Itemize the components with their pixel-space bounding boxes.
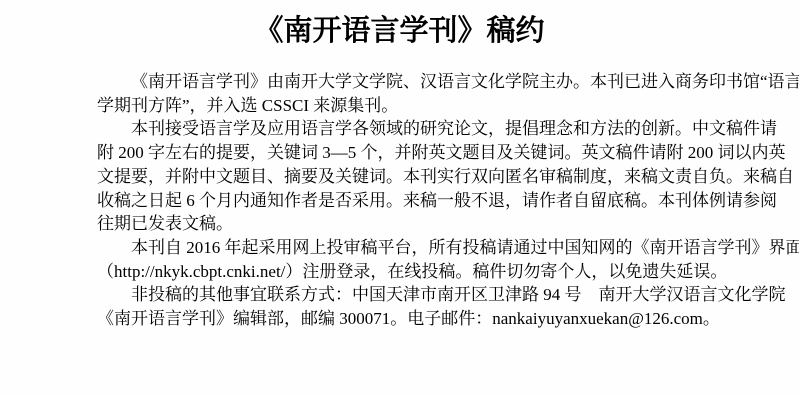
text-line: 附 200 字左右的提要，关键词 3—5 个，并附英文题目及关键词。英文稿件请附… xyxy=(97,141,679,165)
text-line: 往期已发表文稿。 xyxy=(97,212,679,236)
text-line: （http://nkyk.cbpt.cnki.net/）注册登录，在线投稿。稿件… xyxy=(97,260,679,284)
document-title: 《南开语言学刊》稿约 xyxy=(0,13,799,49)
text-line: 学期刊方阵”，并入选 CSSCI 来源集刊。 xyxy=(97,94,679,118)
text-line: 《南开语言学刊》编辑部，邮编 300071。电子邮件：nankaiyuyanxu… xyxy=(97,307,679,331)
text-line: 文提要，并附中文题目、摘要及关键词。本刊实行双向匿名审稿制度，来稿文责自负。来稿… xyxy=(97,165,679,189)
document-page: 《南开语言学刊》稿约 《南开语言学刊》由南开大学文学院、汉语言文化学院主办。本刊… xyxy=(0,0,799,396)
document-body: 《南开语言学刊》由南开大学文学院、汉语言文化学院主办。本刊已进入商务印书馆“语言… xyxy=(97,70,679,331)
text-line: 本刊自 2016 年起采用网上投审稿平台，所有投稿请通过中国知网的《南开语言学刊… xyxy=(97,236,679,260)
text-line: 《南开语言学刊》由南开大学文学院、汉语言文化学院主办。本刊已进入商务印书馆“语言 xyxy=(97,70,679,94)
text-line: 收稿之日起 6 个月内通知作者是否采用。来稿一般不退，请作者自留底稿。本刊体例请… xyxy=(97,189,679,213)
text-line: 非投稿的其他事宜联系方式：中国天津市南开区卫津路 94 号 南开大学汉语言文化学… xyxy=(97,283,679,307)
text-line: 本刊接受语言学及应用语言学各领域的研究论文，提倡理念和方法的创新。中文稿件请 xyxy=(97,117,679,141)
